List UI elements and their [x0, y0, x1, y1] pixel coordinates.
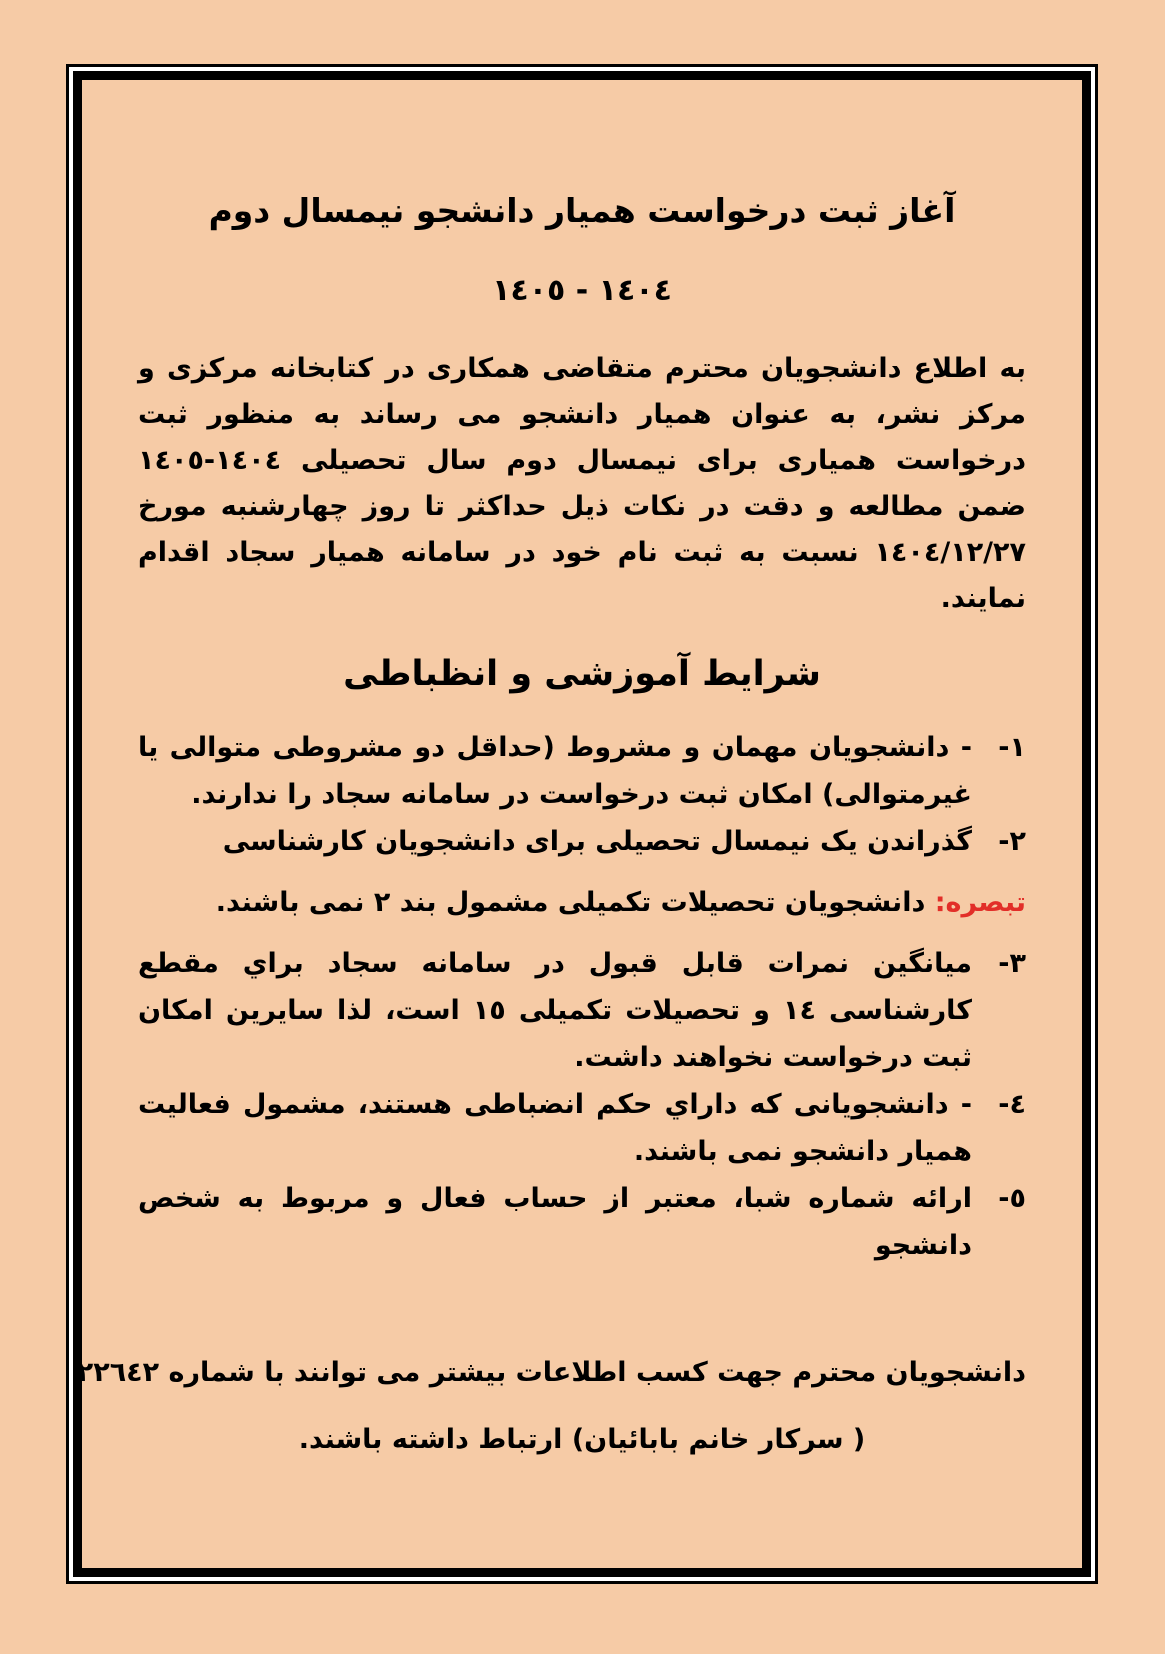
note-line: تبصره: دانشجویان تحصیلات تکمیلی مشمول بن…	[138, 879, 1026, 926]
intro-paragraph: به اطلاع دانشجویان محترم متقاضی همکاری د…	[138, 346, 1026, 622]
academic-year: ١٤٠٤ - ١٤٠٥	[138, 266, 1026, 316]
page-frame-inner: آغاز ثبت درخواست همیار دانشجو نیمسال دوم…	[73, 71, 1091, 1577]
rules-list: ١- - دانشجویان مهمان و مشروط (حداقل دو م…	[138, 724, 1026, 1269]
document-title: آغاز ثبت درخواست همیار دانشجو نیمسال دوم	[138, 186, 1026, 236]
note-label: تبصره:	[935, 887, 1026, 918]
announcement-page: { "page": { "background_color": "#F6CBA6…	[0, 0, 1165, 1654]
rule-text-4: - دانشجویانی که داراي حکم انضباطی هستند،…	[138, 1081, 972, 1175]
rule-marker-2: ٢-	[972, 818, 1026, 865]
note-text: دانشجویان تحصیلات تکمیلی مشمول بند ٢ نمی…	[216, 887, 935, 918]
rule-marker-3: ٣-	[972, 940, 1026, 1081]
rule-text-2: گذراندن یک نیمسال تحصیلی برای دانشجویان …	[138, 818, 972, 865]
rule-text-5: ارائه شماره شبا، معتبر از حساب فعال و مر…	[138, 1175, 972, 1269]
section-heading: شرایط آموزشی و انظباطی	[138, 648, 1026, 700]
document-content: آغاز ثبت درخواست همیار دانشجو نیمسال دوم…	[82, 186, 1082, 1463]
page-frame-outer: آغاز ثبت درخواست همیار دانشجو نیمسال دوم…	[66, 64, 1098, 1584]
rule-item-2: ٢- گذراندن یک نیمسال تحصیلی برای دانشجوی…	[138, 818, 1026, 865]
rule-marker-1: ١-	[972, 724, 1026, 818]
rule-item-5: ٥- ارائه شماره شبا، معتبر از حساب فعال و…	[138, 1175, 1026, 1269]
rule-text-3: میانگین نمرات قابل قبول در سامانه سجاد ب…	[138, 940, 972, 1081]
rule-item-4: ٤- - دانشجویانی که داراي حکم انضباطی هست…	[138, 1081, 1026, 1175]
rule-text-1: - دانشجویان مهمان و مشروط (حداقل دو مشرو…	[138, 724, 972, 818]
rule-marker-5: ٥-	[972, 1175, 1026, 1269]
footer-contact-person-line: ( سرکار خانم بابائیان) ارتباط داشته باشن…	[138, 1416, 1026, 1463]
rule-item-3: ٣- میانگین نمرات قابل قبول در سامانه سجا…	[138, 940, 1026, 1081]
rule-marker-4: ٤-	[972, 1081, 1026, 1175]
footer-contact-line: دانشجویان محترم جهت کسب اطلاعات بیشتر می…	[138, 1349, 1026, 1396]
rule-item-1: ١- - دانشجویان مهمان و مشروط (حداقل دو م…	[138, 724, 1026, 818]
